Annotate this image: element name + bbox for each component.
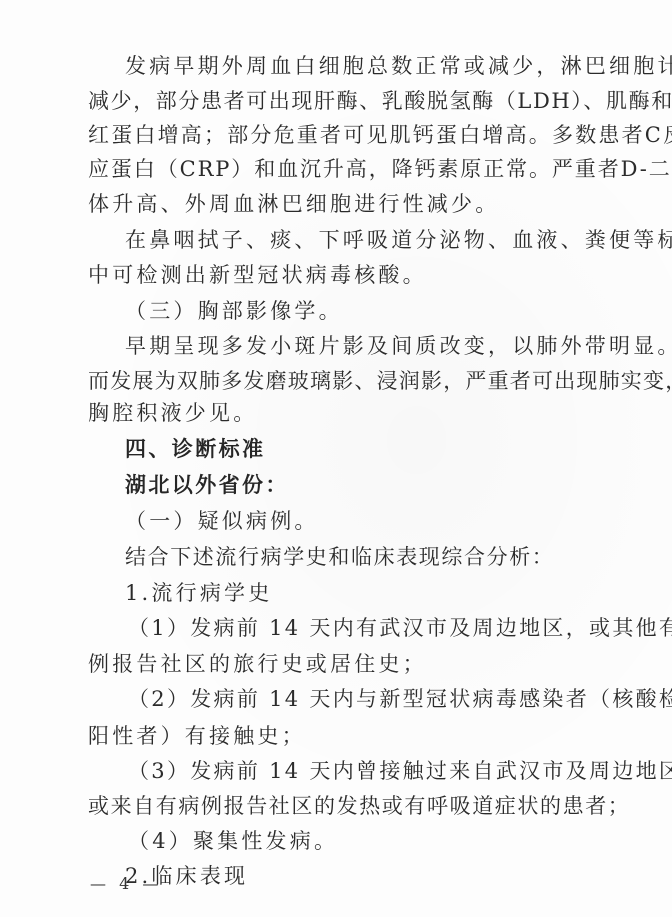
paragraph-lab-findings-line-1: 发病早期外周血白细胞总数正常或减少，淋巴细胞计数 xyxy=(125,49,672,83)
paragraph-imaging-line-1: 早期呈现多发小斑片影及间质改变，以肺外带明显。进 xyxy=(125,329,672,363)
criterion-2-line-1: （2）发病前 14 天内与新型冠状病毒感染者（核酸检测 xyxy=(128,682,672,716)
section-heading-chest-imaging: （三）胸部影像学。 xyxy=(125,294,343,328)
criterion-1-line-1: （1）发病前 14 天内有武汉市及周边地区，或其他有病 xyxy=(128,611,672,645)
paragraph-lab-findings-line-3: 红蛋白增高；部分危重者可见肌钙蛋白增高。多数患者C反 xyxy=(88,118,672,152)
subheading-provinces-outside-hubei: 湖北以外省份： xyxy=(125,468,289,502)
criterion-1-line-2: 例报告社区的旅行史或居住史； xyxy=(88,647,427,681)
criterion-4: （4）聚集性发病。 xyxy=(128,824,338,858)
paragraph-lab-findings-line-4: 应蛋白（CRP）和血沉升高，降钙素原正常。严重者D-二聚 xyxy=(88,152,672,186)
document-page: 发病早期外周血白细胞总数正常或减少，淋巴细胞计数 减少，部分患者可出现肝酶、乳酸… xyxy=(0,0,672,917)
subheading-suspected-cases: （一）疑似病例。 xyxy=(125,504,319,538)
page-number: — 4 — xyxy=(90,874,162,894)
criterion-2-line-2: 阳性者）有接触史； xyxy=(88,719,306,753)
paragraph-specimen-line-1: 在鼻咽拭子、痰、下呼吸道分泌物、血液、粪便等标本 xyxy=(125,223,672,257)
subheading-epidemiological-history: 1.流行病学史 xyxy=(125,576,272,610)
paragraph-specimen-line-2: 中可检测出新型冠状病毒核酸。 xyxy=(88,258,427,292)
criterion-3-line-2: 或来自有病例报告社区的发热或有呼吸道症状的患者； xyxy=(88,789,630,823)
paragraph-lab-findings-line-5: 体升高、外周血淋巴细胞进行性减少。 xyxy=(88,187,499,221)
criterion-3-line-1: （3）发病前 14 天内曾接触过来自武汉市及周边地区， xyxy=(128,754,672,788)
paragraph-lab-findings-line-2: 减少，部分患者可出现肝酶、乳酸脱氢酶（LDH）、肌酶和肌 xyxy=(88,84,672,118)
paragraph-imaging-line-3: 胸腔积液少见。 xyxy=(88,396,257,430)
paragraph-imaging-line-2: 而发展为双肺多发磨玻璃影、浸润影，严重者可出现肺实变， xyxy=(88,364,672,398)
section-heading-diagnostic-criteria: 四、诊断标准 xyxy=(125,432,265,466)
paragraph-combined-analysis: 结合下述流行病学史和临床表现综合分析： xyxy=(125,540,554,574)
